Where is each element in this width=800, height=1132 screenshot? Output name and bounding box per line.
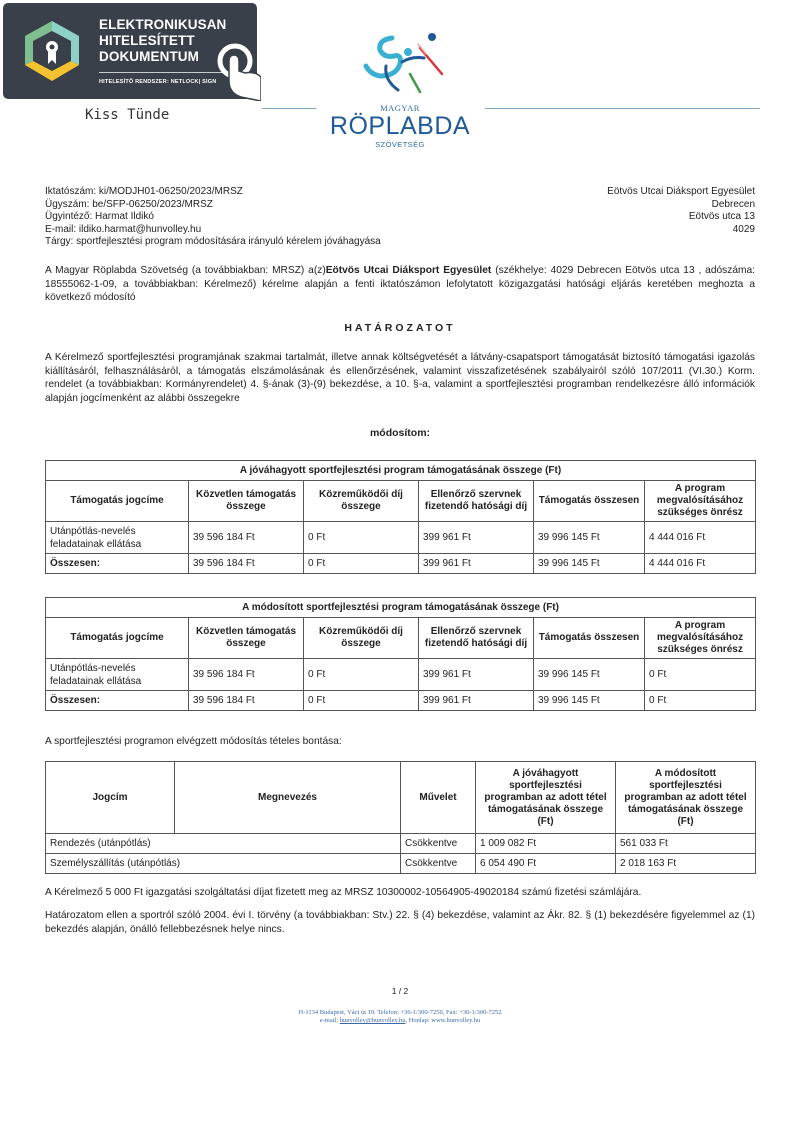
table-cell: Csökkentve	[401, 834, 476, 854]
table-row: Utánpótlás-nevelés feladatainak ellátása…	[46, 659, 756, 691]
column-header: Megnevezés	[175, 762, 401, 834]
certificate-hexagon-icon	[23, 19, 81, 83]
column-header: Támogatás jogcíme	[46, 481, 189, 522]
table-cell: 399 961 Ft	[419, 659, 534, 691]
volleyball-player-logo-icon	[350, 30, 460, 100]
modify-label: módosítom:	[0, 427, 800, 439]
table-header-row: Támogatás jogcímeKözvetlen támogatás öss…	[46, 618, 756, 659]
table-cell: 0 Ft	[645, 659, 756, 691]
table-cell: 561 033 Ft	[616, 834, 756, 854]
table-row: Utánpótlás-nevelés feladatainak ellátása…	[46, 522, 756, 554]
table-cell: 0 Ft	[304, 522, 419, 554]
breakdown-table: JogcímMegnevezésMűveletA jóváhagyott spo…	[45, 761, 756, 874]
header-rule-right	[485, 108, 760, 109]
decision-heading: HATÁROZATOT	[0, 322, 800, 334]
table-cell: Csökkentve	[401, 854, 476, 874]
table-cell: 39 596 184 Ft	[189, 691, 304, 711]
intro-text: A Magyar Röplabda Szövetség (a továbbiak…	[45, 265, 326, 276]
table-cell: 6 054 490 Ft	[476, 854, 616, 874]
table-cell: 39 996 145 Ft	[534, 522, 645, 554]
table-cell: 39 996 145 Ft	[534, 691, 645, 711]
table-cell: 0 Ft	[304, 659, 419, 691]
table-cell: 39 996 145 Ft	[534, 554, 645, 574]
table-cell: 0 Ft	[304, 554, 419, 574]
column-header: A módosított sportfejlesztési programban…	[616, 762, 756, 834]
footer-email-label: e-mail:	[320, 1017, 340, 1024]
filing-number: Iktatószám: ki/MODJH01-06250/2023/MRSZ	[45, 186, 381, 199]
modified-program-table: A módosított sportfejlesztési program tá…	[45, 597, 756, 711]
recipient-postcode: 4029	[607, 224, 755, 237]
column-header: Közreműködői díj összege	[304, 618, 419, 659]
table-header-row: Támogatás jogcímeKözvetlen támogatás öss…	[46, 481, 756, 522]
table-cell: 39 596 184 Ft	[189, 522, 304, 554]
intro-paragraph: A Magyar Röplabda Szövetség (a továbbiak…	[45, 264, 755, 305]
table-cell: Összesen:	[46, 554, 189, 574]
column-header: Közreműködői díj összege	[304, 481, 419, 522]
badge-divider	[99, 72, 224, 73]
column-header: Ellenőrző szervnek fizetendő hatósági dí…	[419, 481, 534, 522]
footer: H-1134 Budapest, Váci út 19. Telefon: +3…	[0, 1009, 800, 1025]
subject: Tárgy: sportfejlesztési program módosítá…	[45, 236, 381, 249]
footer-website: , Honlap: www.hunvolley.hu	[405, 1017, 480, 1024]
column-header: Közvetlen támogatás összege	[189, 481, 304, 522]
table-cell: Utánpótlás-nevelés feladatainak ellátása	[46, 659, 189, 691]
fee-paragraph: A Kérelmező 5 000 Ft igazgatási szolgált…	[45, 886, 755, 900]
table-cell: 399 961 Ft	[419, 554, 534, 574]
recipient-name: Eötvös Utcai Diáksport Egyesület	[607, 186, 755, 199]
case-metadata: Iktatószám: ki/MODJH01-06250/2023/MRSZ Ü…	[45, 186, 381, 249]
decision-paragraph: A Kérelmező sportfejlesztési programjána…	[45, 351, 755, 405]
approved-program-table: A jóváhagyott sportfejlesztési program t…	[45, 460, 756, 574]
case-number: Ügyszám: be/SFP-06250/2023/MRSZ	[45, 199, 381, 212]
table-cell: Rendezés (utánpótlás)	[46, 834, 401, 854]
table-cell: 4 444 016 Ft	[645, 554, 756, 574]
badge-subtitle: HITELESÍTŐ RENDSZER: NETLOCK| SIGN	[99, 79, 216, 85]
table-row: Rendezés (utánpótlás)Csökkentve1 009 082…	[46, 834, 756, 854]
appeal-paragraph: Határozatom ellen a sportról szóló 2004.…	[45, 909, 755, 936]
column-header: Művelet	[401, 762, 476, 834]
column-header: A program megvalósításához szükséges önr…	[645, 481, 756, 522]
page-number: 1 / 2	[0, 986, 800, 996]
column-header: Jogcím	[46, 762, 175, 834]
footer-contact: e-mail: hunvolley@hunvolley.hu, Honlap: …	[0, 1017, 800, 1025]
column-header: Ellenőrző szervnek fizetendő hatósági dí…	[419, 618, 534, 659]
table-cell: 2 018 163 Ft	[616, 854, 756, 874]
column-header: Támogatás jogcíme	[46, 618, 189, 659]
table-cell: 399 961 Ft	[419, 522, 534, 554]
table-caption: A módosított sportfejlesztési program tá…	[46, 598, 756, 618]
badge-title-line: DOKUMENTUM	[99, 49, 226, 65]
table-cell: Személyszállítás (utánpótlás)	[46, 854, 401, 874]
table-cell: 4 444 016 Ft	[645, 522, 756, 554]
column-header: Támogatás összesen	[534, 481, 645, 522]
column-header: Támogatás összesen	[534, 618, 645, 659]
table-header-row: JogcímMegnevezésMűveletA jóváhagyott spo…	[46, 762, 756, 834]
badge-title: ELEKTRONIKUSAN HITELESÍTETT DOKUMENTUM	[99, 17, 226, 65]
table-total-row: Összesen:39 596 184 Ft0 Ft399 961 Ft39 9…	[46, 554, 756, 574]
table-total-row: Összesen:39 596 184 Ft0 Ft399 961 Ft39 9…	[46, 691, 756, 711]
column-header: A jóváhagyott sportfejlesztési programba…	[476, 762, 616, 834]
column-header: Közvetlen támogatás összege	[189, 618, 304, 659]
officer-email: E-mail: ildiko.harmat@hunvolley.hu	[45, 224, 381, 237]
table-cell: 1 009 082 Ft	[476, 834, 616, 854]
table-cell: 39 596 184 Ft	[189, 659, 304, 691]
logo-text-szovetseg: SZÖVETSÉG	[330, 140, 470, 149]
table-cell: Utánpótlás-nevelés feladatainak ellátása	[46, 522, 189, 554]
applicant-name: Eötvös Utcai Diáksport Egyesület	[326, 265, 492, 276]
recipient-city: Debrecen	[607, 199, 755, 212]
table-cell: 0 Ft	[304, 691, 419, 711]
footer-email-link[interactable]: hunvolley@hunvolley.hu	[340, 1017, 406, 1024]
touch-hand-icon	[215, 41, 261, 101]
table-caption: A jóváhagyott sportfejlesztési program t…	[46, 461, 756, 481]
table-cell: 399 961 Ft	[419, 691, 534, 711]
signer-name: Kiss Tünde	[85, 107, 169, 123]
header-rule-left	[262, 108, 316, 109]
breakdown-intro: A sportfejlesztési programon elvégzett m…	[45, 735, 755, 749]
table-cell: 39 596 184 Ft	[189, 554, 304, 574]
case-officer: Ügyintéző: Harmat Ildikó	[45, 211, 381, 224]
badge-title-line: ELEKTRONIKUSAN	[99, 17, 226, 33]
footer-address: H-1134 Budapest, Váci út 19. Telefon: +3…	[0, 1009, 800, 1017]
table-cell: 39 996 145 Ft	[534, 659, 645, 691]
badge-title-line: HITELESÍTETT	[99, 33, 226, 49]
table-cell: Összesen:	[46, 691, 189, 711]
logo-text-roplabda: RÖPLABDA	[325, 112, 475, 141]
recipient-street: Eötvös utca 13	[607, 211, 755, 224]
table-cell: 0 Ft	[645, 691, 756, 711]
column-header: A program megvalósításához szükséges önr…	[645, 618, 756, 659]
table-row: Személyszállítás (utánpótlás)Csökkentve6…	[46, 854, 756, 874]
e-signature-badge: ELEKTRONIKUSAN HITELESÍTETT DOKUMENTUM H…	[3, 3, 257, 99]
recipient-address: Eötvös Utcai Diáksport Egyesület Debrece…	[607, 186, 755, 236]
